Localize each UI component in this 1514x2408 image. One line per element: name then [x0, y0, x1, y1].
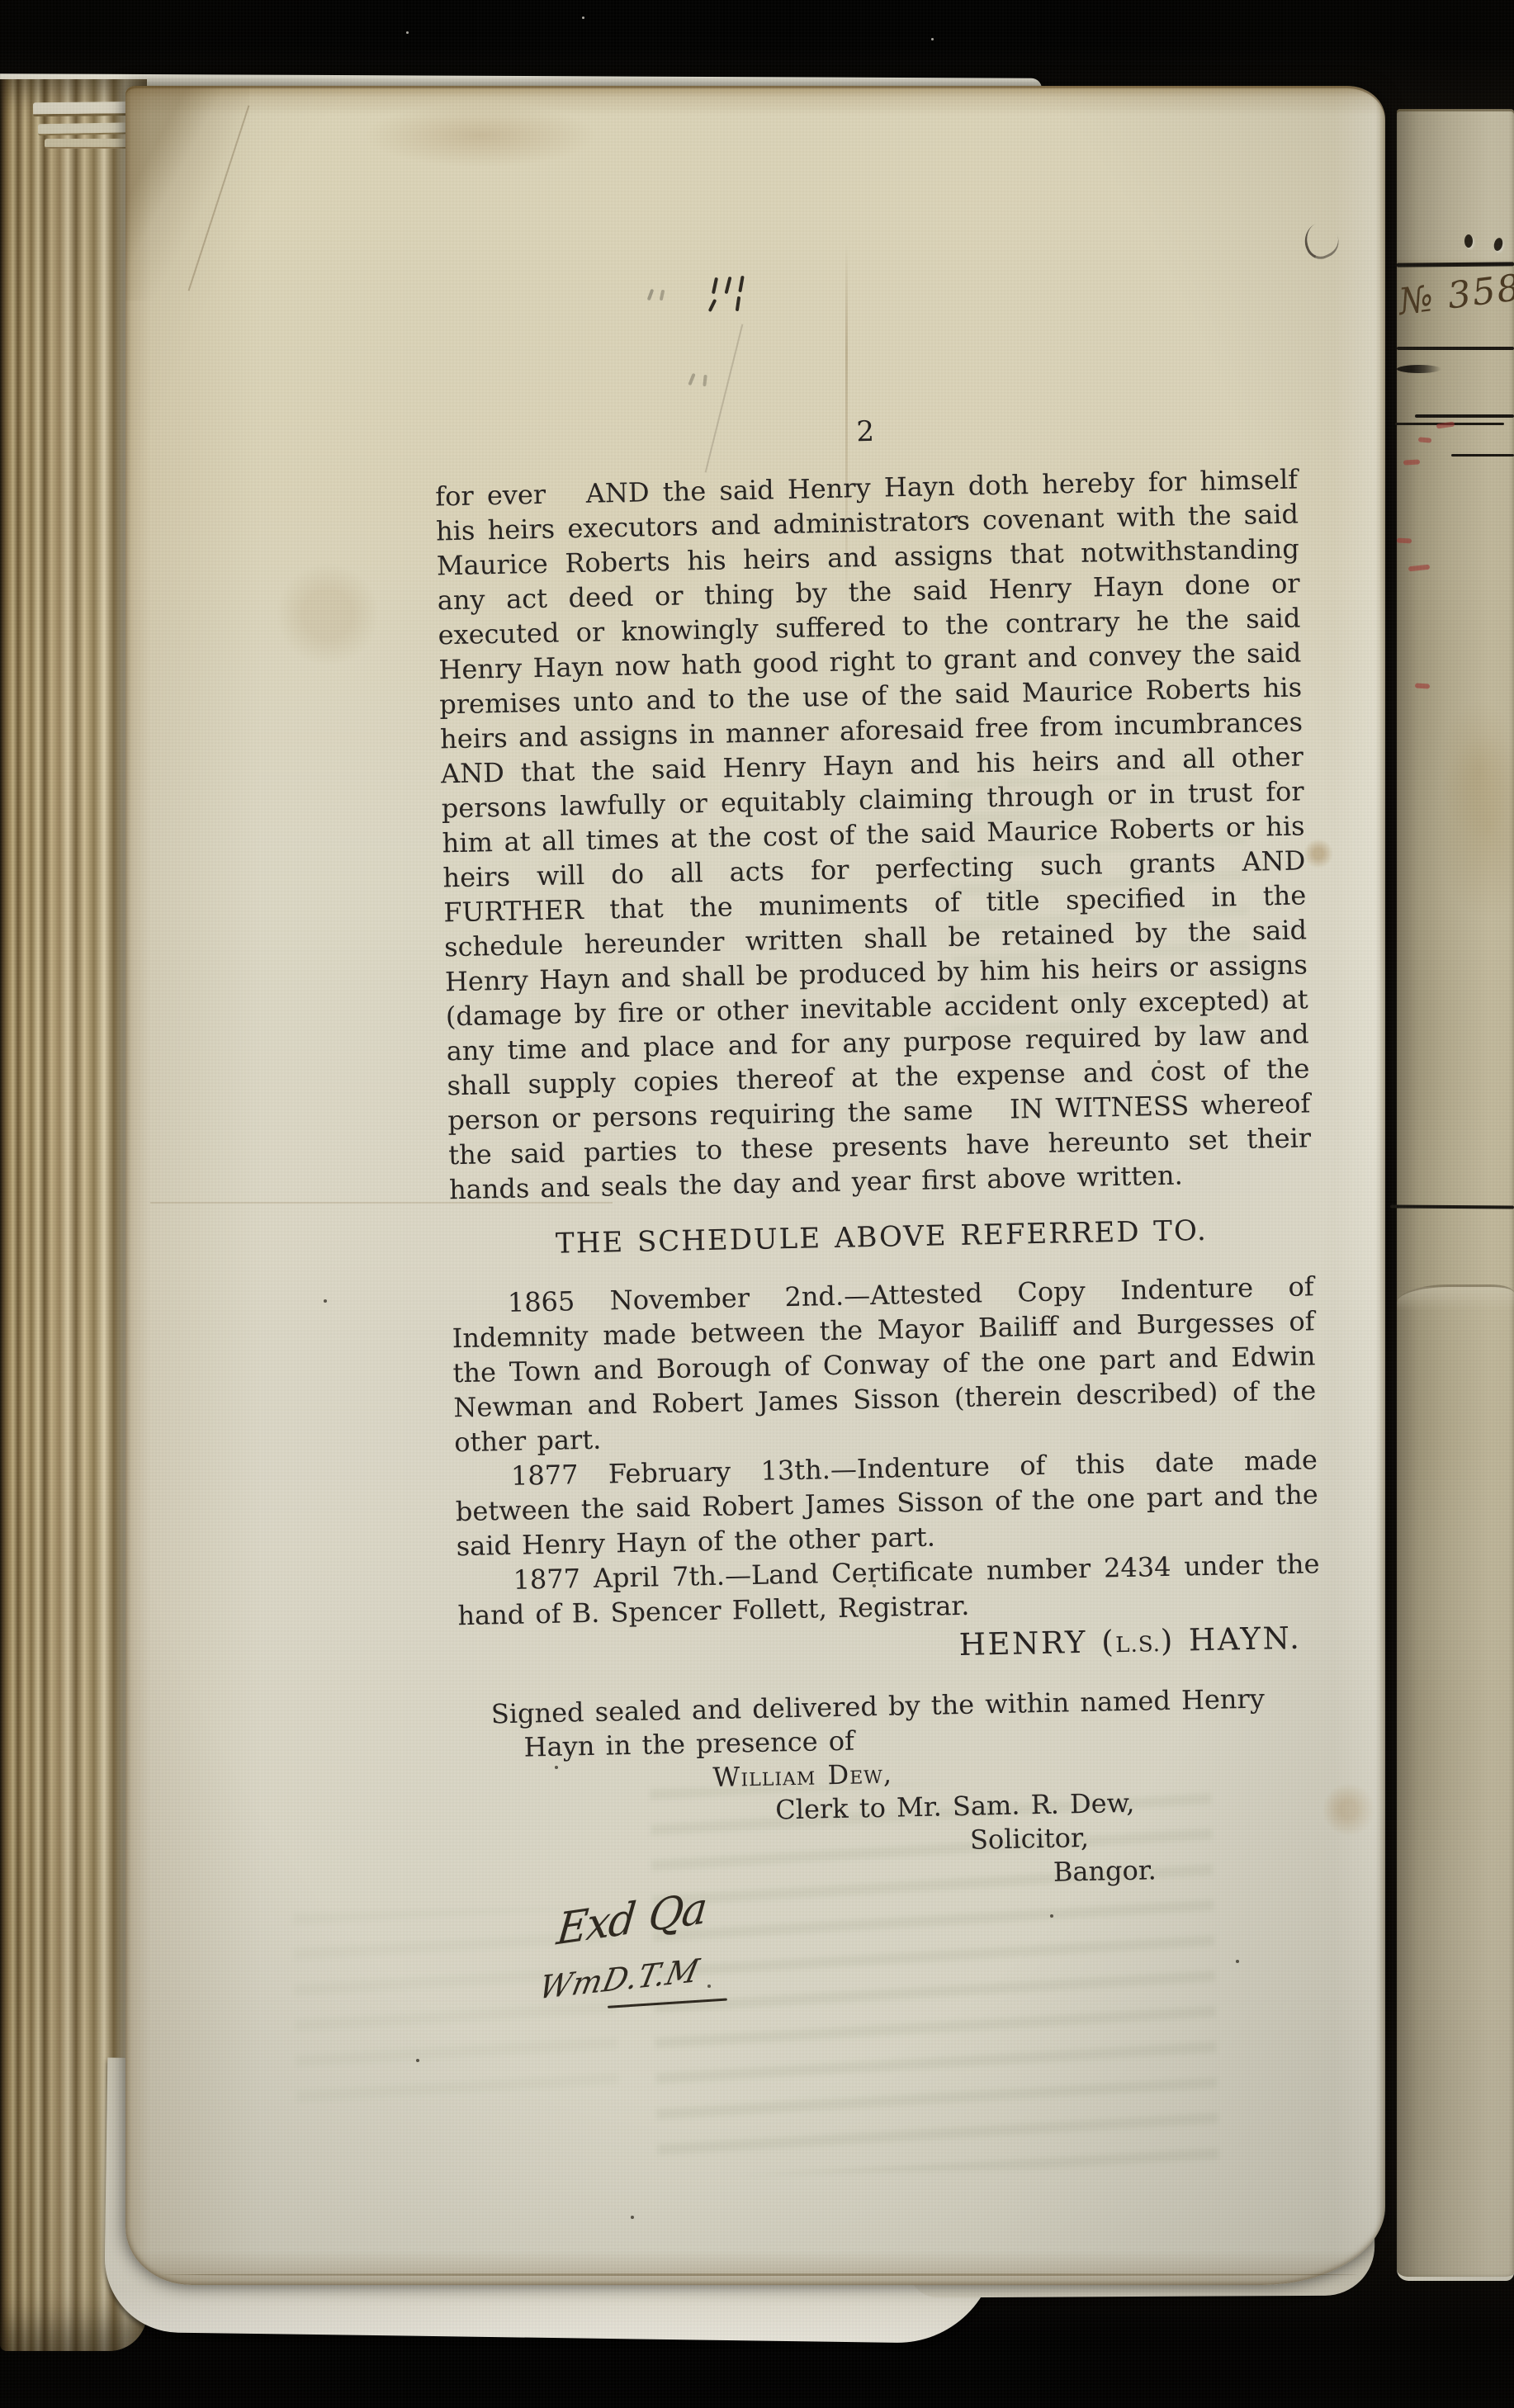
document-page: 2 for ever AND the said Henry Hayn doth …: [125, 86, 1385, 2285]
page-fold-crease: [125, 86, 249, 300]
dust-speck: [406, 31, 409, 34]
ink-mark: [738, 276, 744, 292]
witness-place: Bangor.: [1053, 1849, 1326, 1889]
red-ink-mark: [1403, 459, 1420, 465]
ink-mark: [647, 289, 655, 301]
pin-hole: [1493, 237, 1504, 252]
ink-mark: [708, 299, 717, 312]
leaf-edge-curve: [1397, 1284, 1514, 1320]
covenant-paragraph: for ever AND the said Henry Hayn doth he…: [435, 461, 1312, 1207]
red-ink-mark: [1418, 437, 1431, 442]
ink-mark: [725, 277, 732, 294]
ink-mark: [736, 296, 740, 311]
red-ink-mark: [1408, 565, 1430, 572]
ink-speck: [631, 2216, 634, 2219]
ink-squiggle: [1299, 218, 1344, 264]
dust-speck: [582, 17, 584, 19]
red-ink-mark: [1415, 683, 1430, 688]
page-number: 2: [433, 406, 1297, 458]
schedule-heading: THE SCHEDULE ABOVE REFERRED TO.: [450, 1211, 1313, 1263]
ink-mark: [712, 277, 718, 294]
photographed-deed-book: 2 for ever AND the said Henry Hayn doth …: [0, 0, 1514, 2408]
attestation-block: Signed sealed and delivered by the withi…: [459, 1680, 1326, 1900]
ink-speck: [324, 1299, 327, 1303]
signature-name-pre: HENRY (: [958, 1624, 1115, 1663]
ink-mark: [660, 290, 665, 301]
red-ink-mark: [1397, 538, 1412, 544]
ruled-line: [1451, 454, 1514, 457]
handwritten-initials: WmD.T.M: [536, 1952, 703, 2005]
signature-name-post: ) HAYN.: [1160, 1620, 1301, 1658]
page-bottom-seam: [163, 2273, 1357, 2276]
ink-mark: [688, 373, 695, 386]
printed-text-block: 2 for ever AND the said Henry Hayn doth …: [433, 391, 1329, 2066]
ink-blot: [1397, 365, 1441, 373]
ruled-line: [1415, 414, 1514, 418]
adjacent-page-edge: № 3588: [1397, 109, 1514, 2281]
ink-mark: [703, 375, 707, 386]
handwritten-underline: [608, 1999, 727, 2008]
dust-speck: [931, 38, 934, 40]
ruled-line: [1390, 1204, 1514, 1209]
ink-speck: [416, 2059, 419, 2062]
reference-number: № 3588: [1397, 263, 1514, 324]
ruled-line: [1397, 347, 1514, 350]
ruled-line: [1397, 262, 1514, 267]
schedule-entry-1865: 1865 November 2nd.—Attested Copy Indentu…: [451, 1269, 1317, 1459]
pin-hole: [1464, 234, 1473, 248]
seal-abbreviation: L.S.: [1115, 1632, 1161, 1658]
handwritten-exam-note: Exd Qa: [556, 1891, 707, 1948]
handwritten-annotation: Exd Qa WmD.T.M: [463, 1883, 1329, 2065]
schedule-entry-1877-feb: 1877 February 13th.—Indenture of this da…: [455, 1442, 1319, 1564]
